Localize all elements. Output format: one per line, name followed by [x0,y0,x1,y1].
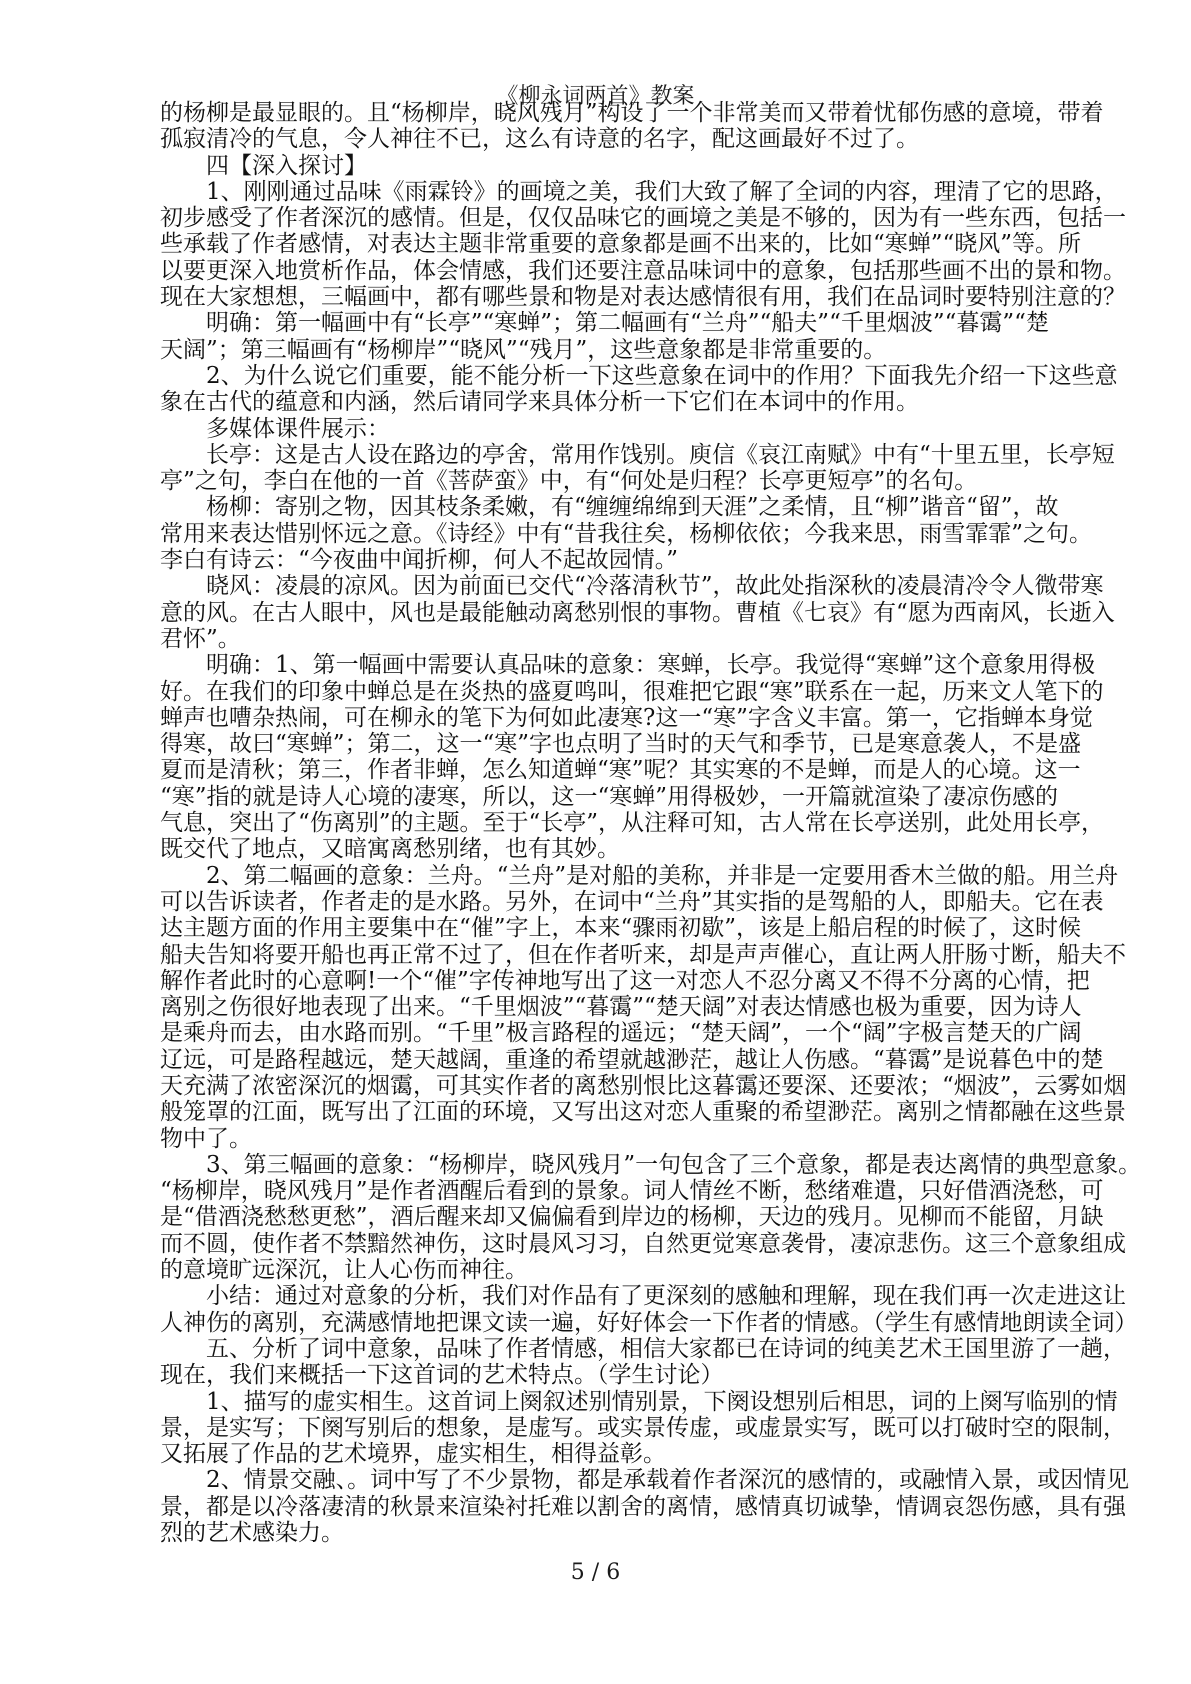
text-line: 1、描写的虚实相生。这首词上阕叙述别情别景，下阕设想别后相思，词的上阕写临别的情 [160,1389,1028,1415]
text-line: 解作者此时的心意啊!一个“催”字传神地写出了这一对恋人不忍分离又不得不分离的心情… [160,968,1028,994]
text-line: 而不圆，使作者不禁黯然神伤，这时晨风习习，自然更觉寒意袭骨，凄凉悲伤。这三个意象… [160,1231,1028,1257]
text-line: 2、为什么说它们重要，能不能分析一下这些意象在词中的作用？下面我先介绍一下这些意 [160,363,1028,389]
text-line: 明确：1、第一幅画中需要认真品味的意象：寒蝉，长亭。我觉得“寒蝉”这个意象用得极 [160,652,1028,678]
text-line: 既交代了地点，又暗寓离愁别绪，也有其妙。 [160,836,1028,862]
text-line: 达主题方面的作用主要集中在“催”字上，本来“骤雨初歇”，该是上船启程的时候了，这… [160,915,1028,941]
text-line: 的意境旷远深沉，让人心伤而神往。 [160,1257,1028,1283]
page-number: 5 / 6 [0,1560,1191,1586]
text-line: 孤寂清冷的气息，令人神往不已，这么有诗意的名字，配这画最好不过了。 [160,126,1028,152]
text-line: 好。在我们的印象中蝉总是在炎热的盛夏鸣叫，很难把它跟“寒”联系在一起，历来文人笔… [160,679,1028,705]
text-line: 2、情景交融、。词中写了不少景物，都是承载着作者深沉的感情的，或融情入景，或因情… [160,1467,1028,1493]
text-line: 人神伤的离别，充满感情地把课文读一遍，好好体会一下作者的情感。（学生有感情地朗读… [160,1310,1028,1336]
text-line: 可以告诉读者，作者走的是水路。另外，在词中“兰舟”其实指的是驾船的人，即船夫。它… [160,889,1028,915]
text-line: 蝉声也嘈杂热闹，可在柳永的笔下为何如此凄寒?这一“寒”字含义丰富。第一，它指蝉本… [160,705,1028,731]
text-line: 初步感受了作者深沉的感情。但是，仅仅品味它的画境之美是不够的，因为有一些东西，包… [160,205,1028,231]
text-line: 现在，我们来概括一下这首词的艺术特点。（学生讨论） [160,1362,1028,1388]
text-line: 气息，突出了“伤离别”的主题。至于“长亭”，从注释可知，古人常在长亭送别，此处用… [160,810,1028,836]
text-line: 象在古代的蕴意和内涵，然后请同学来具体分析一下它们在本词中的作用。 [160,389,1028,415]
text-line: 是乘舟而去，由水路而别。“千里”极言路程的遥远；“楚天阔”，一个“阔”字极言楚天… [160,1020,1028,1046]
text-line: 船夫告知将要开船也再正常不过了，但在作者听来，却是声声催心，直让两人肝肠寸断，船… [160,942,1028,968]
text-line: 小结：通过对意象的分析，我们对作品有了更深刻的感触和理解，现在我们再一次走进这让 [160,1283,1028,1309]
text-line: 意的风。在古人眼中，风也是最能触动离愁别恨的事物。曹植《七哀》有“愿为西南风，长… [160,600,1028,626]
text-line: 李白有诗云：“今夜曲中闻折柳，何人不起故园情。” [160,547,1028,573]
text-line: 四【深入探讨】 [160,153,1028,179]
text-line: 1、刚刚通过品味《雨霖铃》的画境之美，我们大致了解了全词的内容，理清了它的思路， [160,179,1028,205]
text-line: 物中了。 [160,1126,1028,1152]
text-line: 得寒，故曰“寒蝉”；第二，这一“寒”字也点明了当时的天气和季节，已是寒意袭人，不… [160,731,1028,757]
text-line: 是“借酒浇愁愁更愁”，酒后醒来却又偏偏看到岸边的杨柳，天边的残月。见柳而不能留，… [160,1204,1028,1230]
text-line: 离别之伤很好地表现了出来。“千里烟波”“暮霭”“楚天阔”对表达情感也极为重要，因… [160,994,1028,1020]
text-line: 明确：第一幅画中有“长亭”“寒蝉”；第二幅画有“兰舟”“船夫”“千里烟波”“暮霭… [160,310,1028,336]
text-line: 以要更深入地赏析作品，体会情感，我们还要注意品味词中的意象，包括那些画不出的景和… [160,258,1028,284]
text-line: 多媒体课件展示： [160,416,1028,442]
text-line: “寒”指的就是诗人心境的凄寒，所以，这一“寒蝉”用得极妙，一开篇就渲染了凄凉伤感… [160,784,1028,810]
text-line: 五、分析了词中意象，品味了作者情感，相信大家都已在诗词的纯美艺术王国里游了一趟， [160,1336,1028,1362]
text-line: 些承载了作者感情，对表达主题非常重要的意象都是画不出来的，比如“寒蝉”“晓风”等… [160,231,1028,257]
text-line: 景，都是以冷落凄清的秋景来渲染衬托难以割舍的离情，感情真切诚挚，情调哀怨伤感，具… [160,1494,1028,1520]
text-line: 烈的艺术感染力。 [160,1520,1028,1546]
text-line: 天阔”；第三幅画有“杨柳岸”“晓风”“残月”，这些意象都是非常重要的。 [160,337,1028,363]
text-line: 晓风：凌晨的凉风。因为前面已交代“冷落清秋节”，故此处指深秋的凌晨清冷令人微带寒 [160,573,1028,599]
text-line: 辽远，可是路程越远，楚天越阔，重逢的希望就越渺茫，越让人伤感。“暮霭”是说暮色中… [160,1047,1028,1073]
text-line: “杨柳岸，晓风残月”是作者酒醒后看到的景象。词人情丝不断，愁绪难遣，只好借酒浇愁… [160,1178,1028,1204]
text-line: 2、第二幅画的意象：兰舟。“兰舟”是对船的美称，并非是一定要用香木兰做的船。用兰… [160,863,1028,889]
text-line: 亭”之句，李白在他的一首《菩萨蛮》中，有“何处是归程？长亭更短亭”的名句。 [160,468,1028,494]
text-line: 长亭：这是古人设在路边的亭舍，常用作饯别。庾信《哀江南赋》中有“十里五里，长亭短 [160,442,1028,468]
document-body: 的杨柳是最显眼的。且“杨柳岸，晓风残月”构设了一个非常美而又带着忧郁伤感的意境，… [160,100,1028,1546]
text-line: 景，是实写；下阕写别后的想象，是虚写。或实景传虚，或虚景实写，既可以打破时空的限… [160,1415,1028,1441]
text-line: 天充满了浓密深沉的烟霭，可其实作者的离愁别恨比这暮霭还要深、还要浓；“烟波”，云… [160,1073,1028,1099]
text-line: 夏而是清秋；第三，作者非蝉，怎么知道蝉“寒”呢？其实寒的不是蝉，而是人的心境。这… [160,757,1028,783]
text-line: 般笼罩的江面，既写出了江面的环境，又写出这对恋人重聚的希望渺茫。离别之情都融在这… [160,1099,1028,1125]
text-line: 君怀”。 [160,626,1028,652]
text-line: 的杨柳是最显眼的。且“杨柳岸，晓风残月”构设了一个非常美而又带着忧郁伤感的意境，… [160,100,1028,126]
text-line: 杨柳：寄别之物，因其枝条柔嫩，有“缠缠绵绵到天涯”之柔情，且“柳”谐音“留”，故 [160,494,1028,520]
text-line: 3、第三幅画的意象：“杨柳岸，晓风残月”一句包含了三个意象，都是表达离情的典型意… [160,1152,1028,1178]
text-line: 常用来表达惜别怀远之意。《诗经》中有“昔我往矣，杨柳依依；今我来思，雨雪霏霏”之… [160,521,1028,547]
text-line: 又拓展了作品的艺术境界，虚实相生，相得益彰。 [160,1441,1028,1467]
text-line: 现在大家想想，三幅画中，都有哪些景和物是对表达感情很有用，我们在品词时要特别注意… [160,284,1028,310]
